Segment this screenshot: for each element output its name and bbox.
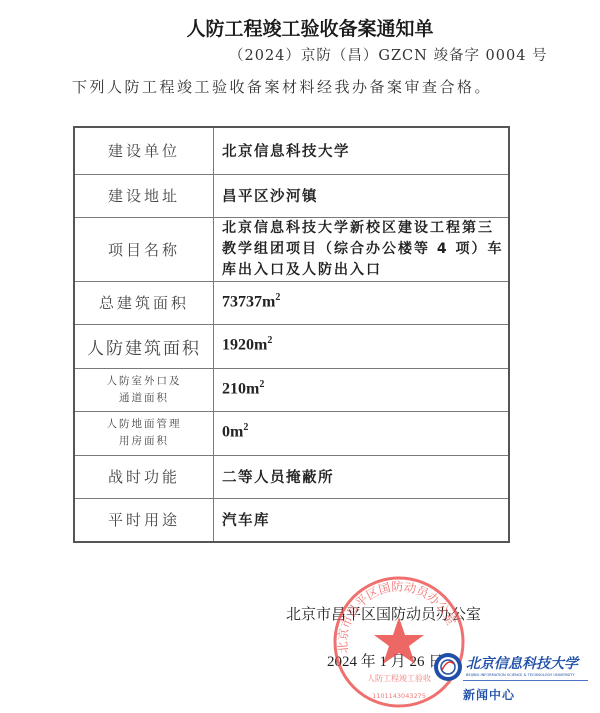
value-line: 教学组团项目（综合办公楼等 4 项）车: [222, 239, 508, 260]
university-logo-icon: [433, 652, 463, 682]
value-line: 北京信息科技大学新校区建设工程第三: [222, 218, 508, 239]
unit-superscript: 2: [275, 292, 280, 303]
label-line: 通道面积: [75, 390, 213, 407]
table-row: 总建筑面积 73737m2: [74, 281, 509, 324]
info-table: 建设单位 北京信息科技大学 建设地址 昌平区沙河镇 项目名称 北京信息科技大学新…: [73, 126, 510, 543]
row-value: 210m2: [214, 368, 510, 411]
document-number: （2024）京防（昌）GZCN 竣备字 0004 号: [229, 44, 548, 65]
svg-text:人防工程竣工验收: 人防工程竣工验收: [367, 673, 431, 683]
row-value: 北京信息科技大学新校区建设工程第三 教学组团项目（综合办公楼等 4 项）车 库出…: [214, 217, 510, 281]
table-row: 平时用途 汽车库: [74, 498, 509, 542]
row-label: 平时用途: [74, 498, 214, 542]
value-number: 73737m: [222, 293, 275, 310]
value-line: 库出入口及人防出入口: [222, 260, 508, 281]
value-number: 1920m: [222, 336, 267, 353]
label-line: 人防室外口及: [75, 373, 213, 390]
table-row: 人防地面管理 用房面积 0m2: [74, 411, 509, 455]
row-value: 北京信息科技大学: [214, 127, 510, 174]
row-label: 人防建筑面积: [74, 324, 214, 368]
issuing-organization: 北京市昌平区国防动员办公室: [286, 603, 481, 624]
row-value: 昌平区沙河镇: [214, 174, 510, 217]
label-line: 人防地面管理: [75, 416, 213, 433]
issue-date: 2024 年 1 月 26 日: [327, 650, 443, 671]
unit-superscript: 2: [267, 335, 272, 346]
row-value: 汽车库: [214, 498, 510, 542]
table-row: 战时功能 二等人员掩蔽所: [74, 455, 509, 498]
unit-superscript: 2: [243, 422, 248, 433]
table-row: 人防建筑面积 1920m2: [74, 324, 509, 368]
unit-superscript: 2: [259, 379, 264, 390]
value-number: 210m: [222, 380, 259, 397]
watermark-english-name: BEIJING INFORMATION SCIENCE & TECHNOLOGY…: [466, 673, 575, 677]
row-label: 人防地面管理 用房面积: [74, 411, 214, 455]
row-value: 二等人员掩蔽所: [214, 455, 510, 498]
watermark-university-name: 北京信息科技大学: [466, 653, 578, 673]
watermark-divider: [463, 680, 588, 681]
table-row: 人防室外口及 通道面积 210m2: [74, 368, 509, 411]
row-label: 建设单位: [74, 127, 214, 174]
row-value: 73737m2: [214, 281, 510, 324]
table-row: 建设单位 北京信息科技大学: [74, 127, 509, 174]
table-row: 项目名称 北京信息科技大学新校区建设工程第三 教学组团项目（综合办公楼等 4 项…: [74, 217, 509, 281]
row-label: 战时功能: [74, 455, 214, 498]
row-label: 项目名称: [74, 217, 214, 281]
label-line: 用房面积: [75, 433, 213, 450]
svg-text:1101143043275: 1101143043275: [372, 692, 426, 700]
row-label: 建设地址: [74, 174, 214, 217]
value-number: 0m: [222, 423, 243, 440]
intro-text: 下列人防工程竣工验收备案材料经我办备案审查合格。: [72, 76, 492, 97]
row-value: 0m2: [214, 411, 510, 455]
table-row: 建设地址 昌平区沙河镇: [74, 174, 509, 217]
document-title: 人防工程竣工验收备案通知单: [0, 14, 600, 41]
watermark-news-center: 新闻中心: [463, 686, 515, 703]
row-label: 人防室外口及 通道面积: [74, 368, 214, 411]
row-value: 1920m2: [214, 324, 510, 368]
university-watermark: 北京信息科技大学 BEIJING INFORMATION SCIENCE & T…: [433, 648, 600, 713]
row-label: 总建筑面积: [74, 281, 214, 324]
